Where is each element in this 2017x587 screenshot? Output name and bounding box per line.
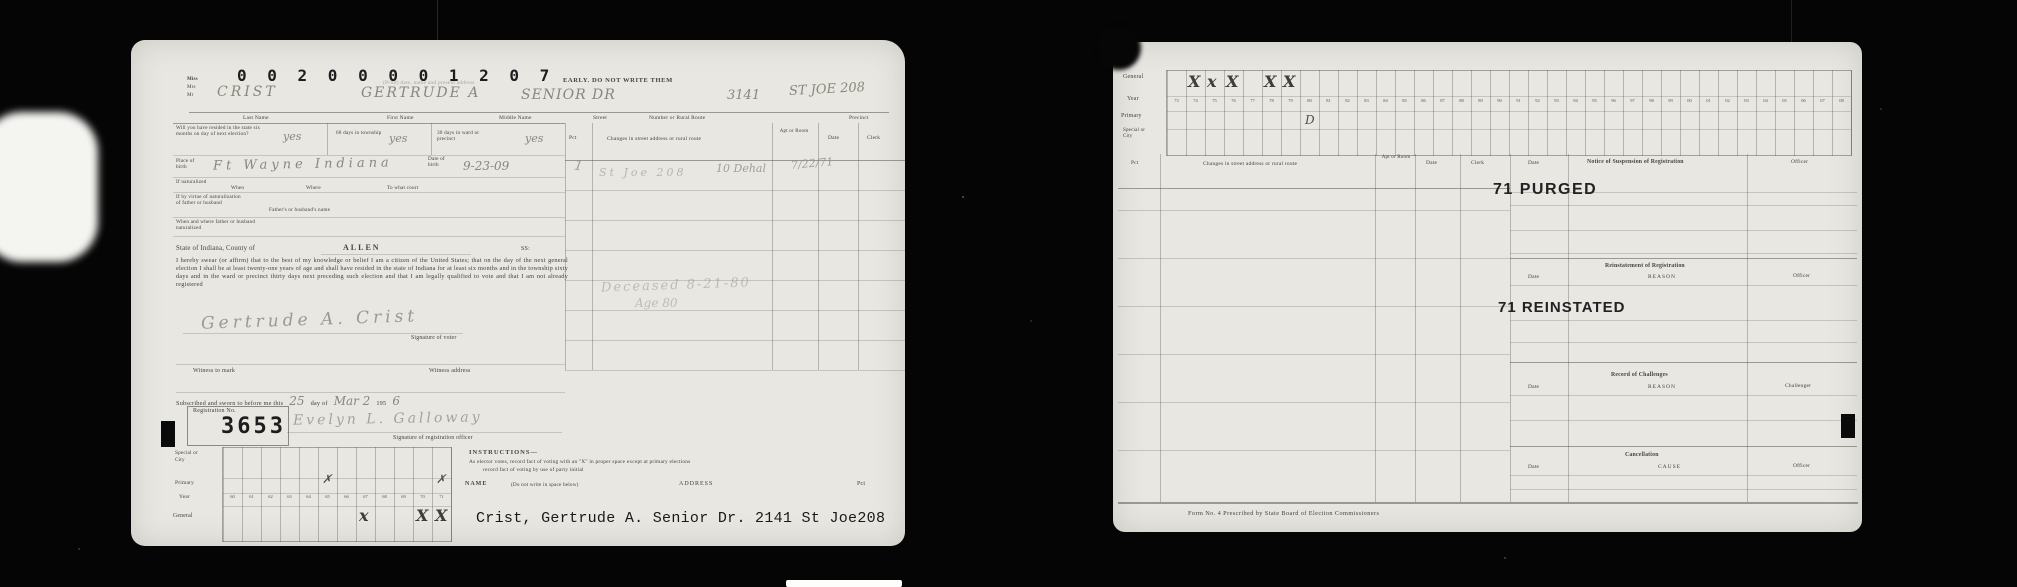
primary-vote-mark: ✗ [322, 472, 332, 486]
row-line [565, 220, 905, 221]
row-line [565, 190, 905, 191]
row-line [1118, 258, 1510, 259]
virtue-naturalization-label: If by virtue of naturalization of father… [176, 194, 242, 207]
col-divider [1510, 154, 1511, 502]
general-vote-mark: X [416, 506, 428, 525]
pct-column-label: Pct [857, 481, 865, 487]
year-cell: 05 [1775, 98, 1794, 103]
row-line [1118, 450, 1510, 451]
year-cell: 69 [394, 494, 413, 499]
precinct-label: Precinct [849, 115, 869, 121]
year-cell: 88 [1452, 98, 1471, 103]
clerk-header: Clerk [867, 135, 880, 141]
challenges-date-header: Date [1528, 384, 1539, 390]
year-cell: 08 [1832, 98, 1851, 103]
year-cell: 03 [1737, 98, 1756, 103]
residency-ward-question: 30 days in ward or precinct [437, 130, 495, 143]
entry-date-value: 7/22/71 [791, 155, 834, 172]
cancellation-cause-header: CAUSE [1658, 464, 1681, 470]
year-cell: 07 [1813, 98, 1832, 103]
primary-vote-mark: D [1305, 113, 1315, 127]
general-row-label: General [173, 513, 193, 519]
year-row-label: Year [1127, 96, 1139, 102]
row-line [1510, 230, 1857, 231]
year-cell: 78 [1262, 98, 1281, 103]
place-of-birth-value: Ft Wayne Indiana [213, 155, 393, 173]
grid-row-line [1167, 111, 1851, 112]
row-line [1118, 402, 1510, 403]
clerk-header: Clerk [1471, 160, 1484, 166]
dust-speck [962, 196, 964, 198]
first-name-label: First Name [387, 115, 414, 121]
section-divider [1510, 446, 1857, 447]
light-leak-artifact [0, 112, 98, 262]
entry-middle-value: 10 Dehal [716, 162, 766, 175]
row-line [565, 340, 905, 341]
index-marker [161, 421, 175, 447]
corner-shadow-artifact [1097, 26, 1141, 70]
year-cell: 92 [1528, 98, 1547, 103]
year-cell: 79 [1281, 98, 1300, 103]
voter-signature: Gertrude A. Crist [201, 306, 419, 334]
entry-pct-value: 1 [573, 157, 584, 174]
suspension-title: Notice of Suspension of Registration [1587, 159, 1684, 165]
residency-state-question: Will you have resided in the state six m… [176, 125, 278, 138]
father-husband-name-label: Father's or husband's name [269, 207, 330, 213]
primary-vote-mark: ✗ [436, 472, 446, 486]
grid-row-line [223, 478, 451, 479]
dust-speck [1030, 320, 1032, 322]
row-line [565, 310, 905, 311]
dust-speck [78, 548, 80, 550]
suspension-officer-header: Officer [1791, 159, 1808, 165]
reinstatement-officer-header: Officer [1793, 273, 1810, 279]
year-cell: 06 [1794, 98, 1813, 103]
primary-row-label: Primary [1121, 113, 1142, 119]
header-underline [1510, 285, 1857, 286]
row-line [1510, 342, 1857, 343]
row-line [1510, 253, 1857, 254]
grid-row-line [1167, 129, 1851, 130]
year-cell: 75 [1205, 98, 1224, 103]
year-cell: 61 [242, 494, 261, 499]
dust-speck [1504, 557, 1506, 559]
reinstatement-title: Reinstatement of Registration [1605, 263, 1685, 269]
row-line [565, 370, 905, 371]
voting-record-grid: 606162636465666768697071✗✗xXX [222, 447, 452, 542]
voter-signature-line [183, 333, 463, 334]
year-cell: 94 [1566, 98, 1585, 103]
typed-index-line: Crist, Gertrude A. Senior Dr. 2141 St Jo… [476, 510, 885, 527]
residency-township-answer: yes [389, 132, 407, 145]
instructions-title: INSTRUCTIONS— [469, 449, 538, 456]
row-line [1118, 354, 1510, 355]
general-vote-mark: X [1264, 72, 1276, 91]
year-cell: 81 [1319, 98, 1338, 103]
date-of-birth-label: Date of birth [428, 156, 454, 169]
title-option-miss: Miss [187, 77, 198, 82]
officer-signature-line [287, 432, 562, 433]
year-cell: 74 [1186, 98, 1205, 103]
voter-registration-card-front: 0 0 2 0 0 0 0 1 2 0 7 (Print) date, name… [131, 40, 905, 546]
precinct-value: ST JOE 208 [789, 80, 866, 99]
reinstatement-reason-header: REASON [1648, 274, 1676, 280]
year-cell: 67 [356, 494, 375, 499]
year-cell: 97 [1623, 98, 1642, 103]
place-of-birth-label: Place of birth [176, 158, 206, 171]
year-cell: 96 [1604, 98, 1623, 103]
title-option-mrs: Mrs [187, 85, 196, 90]
general-vote-mark: x [1207, 72, 1217, 91]
number-label: Number or Rural Route [649, 115, 705, 121]
reinstated-stamp: 71 REINSTATED [1498, 299, 1625, 316]
changes-header: Changes in street address or rural route [607, 136, 701, 142]
sworn-day-value: 25 [289, 394, 304, 408]
affidavit-state-line: State of Indiana, County of [176, 245, 255, 252]
year-cell: 98 [1642, 98, 1661, 103]
year-row-label: Year [179, 494, 190, 500]
year-cell: 89 [1471, 98, 1490, 103]
index-marker [1841, 414, 1855, 438]
instructions-line2: record fact of voting by use of party in… [483, 467, 584, 473]
where-label: Where [306, 185, 321, 191]
col-divider [1568, 154, 1569, 502]
voting-record-grid: 7374757677787980818283848586878889909192… [1166, 70, 1852, 156]
special-or-city-row-label: Special or City [1123, 128, 1151, 140]
year-cell: 95 [1585, 98, 1604, 103]
general-row-label: General [1123, 74, 1143, 80]
apt-or-room-header: Apt or Room [1381, 155, 1411, 161]
year-cell: 73 [1167, 98, 1186, 103]
suspension-date-header: Date [1528, 160, 1539, 166]
year-cell: 82 [1338, 98, 1357, 103]
row-line [1118, 306, 1510, 307]
middle-name-label: Middle Name [499, 115, 532, 121]
header-underline [1118, 188, 1510, 189]
witness-to-mark-label: Witness to mark [193, 368, 235, 374]
year-cell: 86 [1414, 98, 1433, 103]
cancellation-title: Cancellation [1625, 452, 1659, 458]
court-label: To what court [387, 185, 418, 191]
affidavit-body: I hereby swear (or affirm) that to the b… [176, 257, 568, 289]
microfilm-scan-background: 0 0 2 0 0 0 0 1 2 0 7 (Print) date, name… [0, 0, 2017, 587]
deceased-note: Deceased 8-21-80 [601, 275, 751, 295]
changes-header: Changes in street address or rural route [1203, 161, 1297, 167]
sworn-month-value: Mar 2 [334, 394, 371, 408]
sworn-year-value: 6 [392, 394, 400, 408]
row-line [1510, 205, 1857, 206]
general-vote-mark: X [1226, 72, 1238, 91]
year-cell: 77 [1243, 98, 1262, 103]
last-name-label: Last Name [243, 115, 269, 121]
purged-stamp: 71 PURGED [1493, 181, 1597, 199]
last-name-value: CRIST [217, 84, 278, 100]
general-vote-mark: X [1283, 72, 1295, 91]
year-cell: 85 [1395, 98, 1414, 103]
apt-or-room-header: Apt or Room [779, 129, 809, 135]
year-cell: 90 [1490, 98, 1509, 103]
challenger-header: Challenger [1785, 383, 1811, 389]
pct-header: Pct [569, 135, 577, 141]
row-line [1118, 210, 1510, 211]
year-cell: 63 [280, 494, 299, 499]
year-cell: 84 [1376, 98, 1395, 103]
film-scratch [1791, 0, 1792, 48]
rule [176, 364, 565, 365]
rule [173, 177, 565, 178]
when-label: When [231, 185, 244, 191]
name-column-label: NAME [465, 481, 487, 487]
year-cell: 04 [1756, 98, 1775, 103]
year-cell: 99 [1661, 98, 1680, 103]
general-vote-mark: X [1188, 72, 1200, 91]
primary-row-label: Primary [175, 480, 194, 486]
affidavit-ss-label: SS: [521, 246, 530, 252]
year-cell: 76 [1224, 98, 1243, 103]
residency-ward-answer: yes [525, 132, 543, 145]
pct-header: Pct [1131, 160, 1139, 166]
county-underline [321, 254, 471, 255]
officer-signature: Evelyn L. Galloway [293, 409, 483, 428]
rule [173, 217, 565, 218]
general-vote-mark: X [435, 506, 447, 525]
challenges-reason-header: REASON [1648, 384, 1676, 390]
year-cell: 60 [223, 494, 242, 499]
year-cell: 87 [1433, 98, 1452, 103]
row-line [565, 250, 905, 251]
section-divider [1510, 362, 1857, 363]
name-row-rule [189, 112, 889, 113]
sworn-day-of: day of [311, 400, 328, 407]
row-line [1510, 320, 1857, 321]
header-underline [1510, 475, 1857, 476]
rule [176, 392, 565, 393]
affidavit-county-value: ALLEN [343, 243, 381, 252]
year-cell: 93 [1547, 98, 1566, 103]
date-header: Date [828, 135, 839, 141]
cell-divider [431, 123, 432, 155]
street-label: Street [593, 115, 607, 121]
if-naturalized-label: If naturalized [176, 179, 214, 185]
address-column-label: ADDRESS [679, 481, 713, 487]
year-cell: 71 [432, 494, 451, 499]
year-cell: 02 [1718, 98, 1737, 103]
cancellation-officer-header: Officer [1793, 463, 1810, 469]
year-cell: 83 [1357, 98, 1376, 103]
instructions-line1: As elector votes, record fact of voting … [469, 459, 690, 465]
form-footer: Form No. 4 Prescribed by State Board of … [1188, 510, 1379, 517]
date-of-birth-value: 9-23-09 [463, 159, 509, 173]
col-divider [1747, 154, 1748, 502]
registration-number-value: 3653 [221, 414, 286, 439]
general-vote-mark: x [359, 506, 369, 525]
rule [173, 236, 565, 237]
cell-divider [327, 123, 328, 155]
officer-signature-label: Signature of registration officer [393, 435, 473, 441]
age-note: Age 80 [635, 296, 678, 310]
film-edge-artifact [786, 580, 902, 587]
header-underline [1510, 395, 1857, 396]
rule [173, 123, 565, 124]
rule [173, 192, 565, 193]
section-divider [1510, 258, 1857, 259]
voter-signature-label: Signature of voter [411, 335, 456, 341]
cancellation-date-header: Date [1528, 464, 1539, 470]
header-underline [565, 160, 905, 161]
sworn-year-print: 195 [376, 400, 386, 407]
entry-change-value: St Joe 208 [599, 166, 687, 179]
year-cell: 91 [1509, 98, 1528, 103]
special-or-city-row-label: Special or City [175, 450, 209, 463]
year-cell: 80 [1300, 98, 1319, 103]
challenges-title: Record of Challenges [1611, 372, 1668, 378]
name-column-note: (Do not write in space below) [511, 482, 579, 488]
year-cell: 64 [299, 494, 318, 499]
year-cell: 68 [375, 494, 394, 499]
dust-speck [1880, 108, 1882, 110]
date-header: Date [1426, 160, 1437, 166]
grid-row-line [1167, 96, 1851, 97]
year-cell: 62 [261, 494, 280, 499]
print-instruction: EARLY. DO NOT WRITE THEM [563, 77, 673, 84]
first-name-value: GERTRUDE A [361, 85, 480, 101]
year-cell: 66 [337, 494, 356, 499]
row-line [1510, 489, 1857, 490]
when-where-naturalized-label: When and where father or husband natural… [176, 219, 258, 232]
row-line [1510, 420, 1857, 421]
residency-state-answer: yes [283, 130, 301, 143]
street-number-value: 3141 [727, 88, 760, 103]
year-cell: 01 [1699, 98, 1718, 103]
year-cell: 65 [318, 494, 337, 499]
bottom-rule [1118, 502, 1858, 504]
residency-township-question: 60 days in township [336, 130, 386, 136]
street-value: SENIOR DR [521, 87, 616, 103]
voter-registration-card-back: General Year Primary Special or City 737… [1113, 42, 1862, 532]
reinstatement-date-header: Date [1528, 274, 1539, 280]
year-cell: 00 [1680, 98, 1699, 103]
year-cell: 70 [413, 494, 432, 499]
witness-address-label: Witness address [429, 368, 471, 374]
title-option-mr: Mr [187, 93, 194, 98]
film-scratch [437, 0, 438, 40]
